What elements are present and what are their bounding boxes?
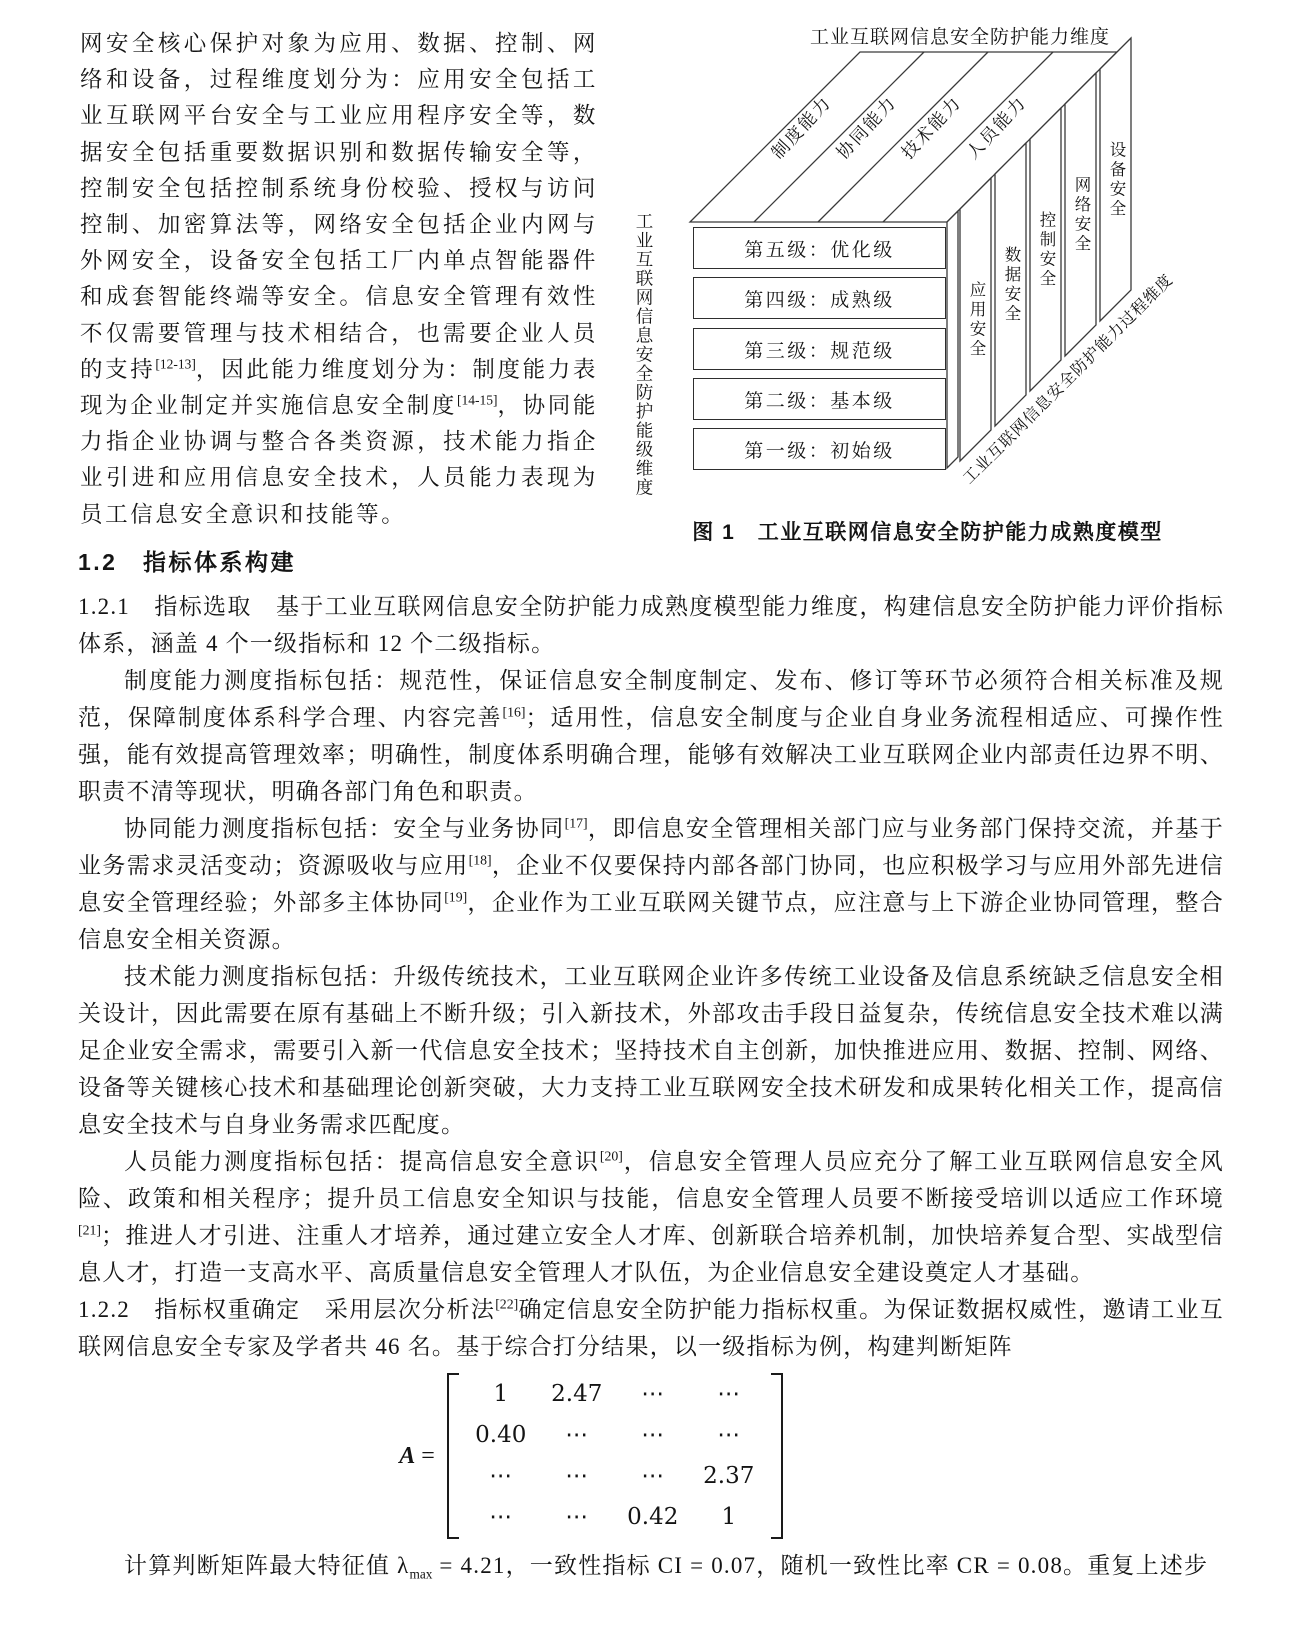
institution-capability-paragraph: 制度能力测度指标包括：规范性，保证信息安全制度制定、发布、修订等环节必须符合相关… [78,662,1224,810]
matrix-lhs: A = [399,1438,435,1475]
process-strip-application: 应用安全 [964,281,988,359]
maturity-level-3-box: 第三级：规范级 [693,328,946,370]
matrix-equals-sign: = [415,1443,435,1469]
matrix-cell: ⋯ [565,1417,588,1454]
left-column-paragraph: 网安全核心保护对象为应用、数据、控制、网络和设备，过程维度划分为：应用安全包括工… [80,26,598,533]
process-strip-control: 控制安全 [1034,211,1058,289]
matrix-cell: ⋯ [717,1376,740,1413]
closing-paragraph: 计算判断矩阵最大特征值 λmax = 4.21，一致性指标 CI = 0.07，… [78,1547,1224,1584]
body-flow: 1.2 指标体系构建 1.2.1 指标选取 基于工业互联网信息安全防护能力成熟度… [78,544,1224,1584]
process-strip-data: 数据安全 [999,246,1023,324]
process-strip-network: 网络安全 [1069,176,1093,254]
figure-1-caption: 图 1 工业互联网信息安全防护能力成熟度模型 [615,516,1240,546]
maturity-level-4-box: 第四级：成熟级 [693,277,946,319]
process-strip-device: 设备安全 [1104,141,1128,219]
model-side-face [947,211,958,468]
judgment-matrix-equation: A = 1 2.47 ⋯ ⋯ 0.40 ⋯ ⋯ ⋯ ⋯ ⋯ ⋯ 2.37 ⋯ ⋯… [78,1365,1224,1547]
matrix-cell: 2.37 [703,1458,754,1495]
matrix-cell: ⋯ [565,1499,588,1536]
section-1-2-1-paragraph: 1.2.1 指标选取 基于工业互联网信息安全防护能力成熟度模型能力维度，构建信息… [78,588,1224,662]
level-dimension-axis-label: 工业互联网信息安全防护能级维度 [631,212,657,504]
section-1-2-heading: 1.2 指标体系构建 [78,544,1224,581]
technology-capability-paragraph: 技术能力测度指标包括：升级传统技术，工业互联网企业许多传统工业设备及信息系统缺乏… [78,958,1224,1143]
matrix-cell: 0.40 [475,1417,526,1454]
matrix-left-bracket [447,1373,459,1539]
personnel-capability-paragraph: 人员能力测度指标包括：提高信息安全意识[20]，信息安全管理人员应充分了解工业互… [78,1143,1224,1291]
matrix-right-bracket [771,1373,783,1539]
maturity-level-2-box: 第二级：基本级 [693,378,946,420]
matrix-cell: 1 [493,1376,508,1413]
matrix-cell: ⋯ [717,1417,740,1454]
coordination-capability-paragraph: 协同能力测度指标包括：安全与业务协同[17]，即信息安全管理相关部门应与业务部门… [78,810,1224,958]
paper-page: 网安全核心保护对象为应用、数据、控制、网络和设备，过程维度划分为：应用安全包括工… [0,0,1300,1637]
matrix-cell: 2.47 [551,1376,602,1413]
matrix-cell: ⋯ [641,1458,664,1495]
matrix-cell: ⋯ [489,1499,512,1536]
matrix-cell: 1 [721,1499,736,1536]
matrix-cell: ⋯ [565,1458,588,1495]
figure-1-maturity-model: 工业互联网信息安全防护能力维度 工业互联网信息安全防护能级维度 制度能力 协同能… [615,20,1260,548]
matrix-cell: ⋯ [641,1417,664,1454]
section-1-2-2-paragraph: 1.2.2 指标权重确定 采用层次分析法[22]确定信息安全防护能力指标权重。为… [78,1291,1224,1365]
capability-dimension-axis-label: 工业互联网信息安全防护能力维度 [725,22,1195,49]
matrix-cell: ⋯ [641,1376,664,1413]
maturity-level-5-box: 第五级：优化级 [693,227,946,269]
matrix-grid: 1 2.47 ⋯ ⋯ 0.40 ⋯ ⋯ ⋯ ⋯ ⋯ ⋯ 2.37 ⋯ ⋯ 0.4… [459,1374,771,1538]
matrix-cell: 0.42 [627,1499,678,1536]
maturity-level-1-box: 第一级：初始级 [693,428,946,470]
matrix-cell: ⋯ [489,1458,512,1495]
matrix-symbol-A: A [399,1443,415,1469]
